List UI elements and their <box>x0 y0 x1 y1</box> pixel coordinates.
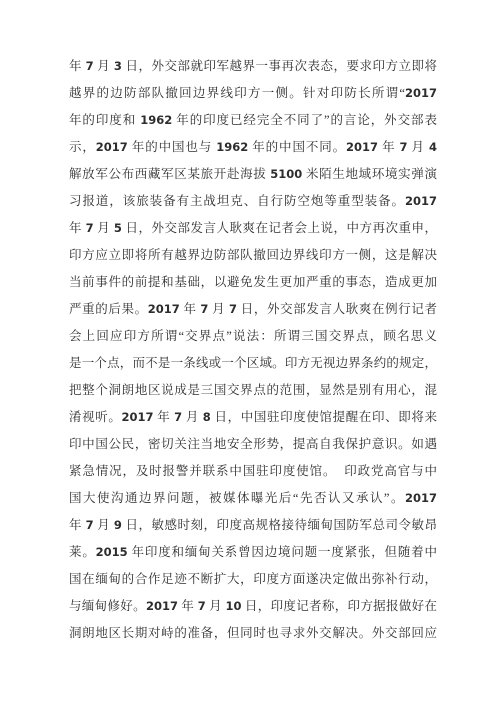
text-line: 习报道，该旅装备有主战坦克、自行防空炮等重型装备。2017 <box>69 188 437 215</box>
text-line: 紧急情况，及时报警并联系中国驻印度使馆。 印政党高官与中 <box>69 458 437 485</box>
document-page: 年 7 月 3 日，外交部就印军越界一事再次表态，要求印方立即将 越界的边防部队… <box>0 0 500 707</box>
text-line: 是一个点，而不是一条线或一个区域。印方无视边界条约的规定， <box>69 350 437 377</box>
text-line: 国大使沟通边界问题，被媒体曝光后“先否认又承认”。2017 <box>69 485 437 512</box>
text-line: 严重的后果。2017 年 7 月 7 日，外交部发言人耿爽在例行记者 <box>69 296 437 323</box>
text-line: 把整个洞朗地区说成是三国交界点的范围，显然是别有用心，混 <box>69 377 437 404</box>
text-line: 与缅甸修好。2017 年 7 月 10 日，印度记者称，印方据报做好在 <box>69 593 437 620</box>
text-line: 年 7 月 5 日，外交部发言人耿爽在记者会上说，中方再次重申， <box>69 215 437 242</box>
text-line: 印中国公民，密切关注当地安全形势，提高自我保护意识。如遇 <box>69 431 437 458</box>
text-line: 莱。2015 年印度和缅甸关系曾因边境问题一度紧张，但随着中 <box>69 539 437 566</box>
text-line: 会上回应印方所谓“交界点”说法：所谓三国交界点，顾名思义 <box>69 323 437 350</box>
text-line: 国在缅甸的合作足迹不断扩大，印度方面遂决定做出弥补行动， <box>69 566 437 593</box>
text-line: 年 7 月 9 日，敏感时刻，印度高规格接待缅甸国防军总司令敏昂 <box>69 512 437 539</box>
text-line: 越界的边防部队撤回边界线印方一侧。针对印防长所谓“2017 <box>69 80 437 107</box>
text-block: 年 7 月 3 日，外交部就印军越界一事再次表态，要求印方立即将 越界的边防部队… <box>69 53 437 647</box>
text-line: 当前事件的前提和基础，以避免发生更加严重的事态，造成更加 <box>69 269 437 296</box>
text-line: 示，2017 年的中国也与 1962 年的中国不同。2017 年 7 月 4 日… <box>69 134 437 161</box>
text-line: 印方应立即将所有越界边防部队撤回边界线印方一侧，这是解决 <box>69 242 437 269</box>
text-line: 年 7 月 3 日，外交部就印军越界一事再次表态，要求印方立即将 <box>69 53 437 80</box>
text-line: 解放军公布西藏军区某旅开赴海拔 5100 米陌生地域环境实弹演 <box>69 161 437 188</box>
text-line: 洞朗地区长期对峙的准备，但同时也寻求外交解决。外交部回应 <box>69 620 437 647</box>
text-line: 淆视听。2017 年 7 月 8 日，中国驻印度使馆提醒在印、即将来 <box>69 404 437 431</box>
text-line: 年的印度和 1962 年的印度已经完全不同了”的言论，外交部表 <box>69 107 437 134</box>
